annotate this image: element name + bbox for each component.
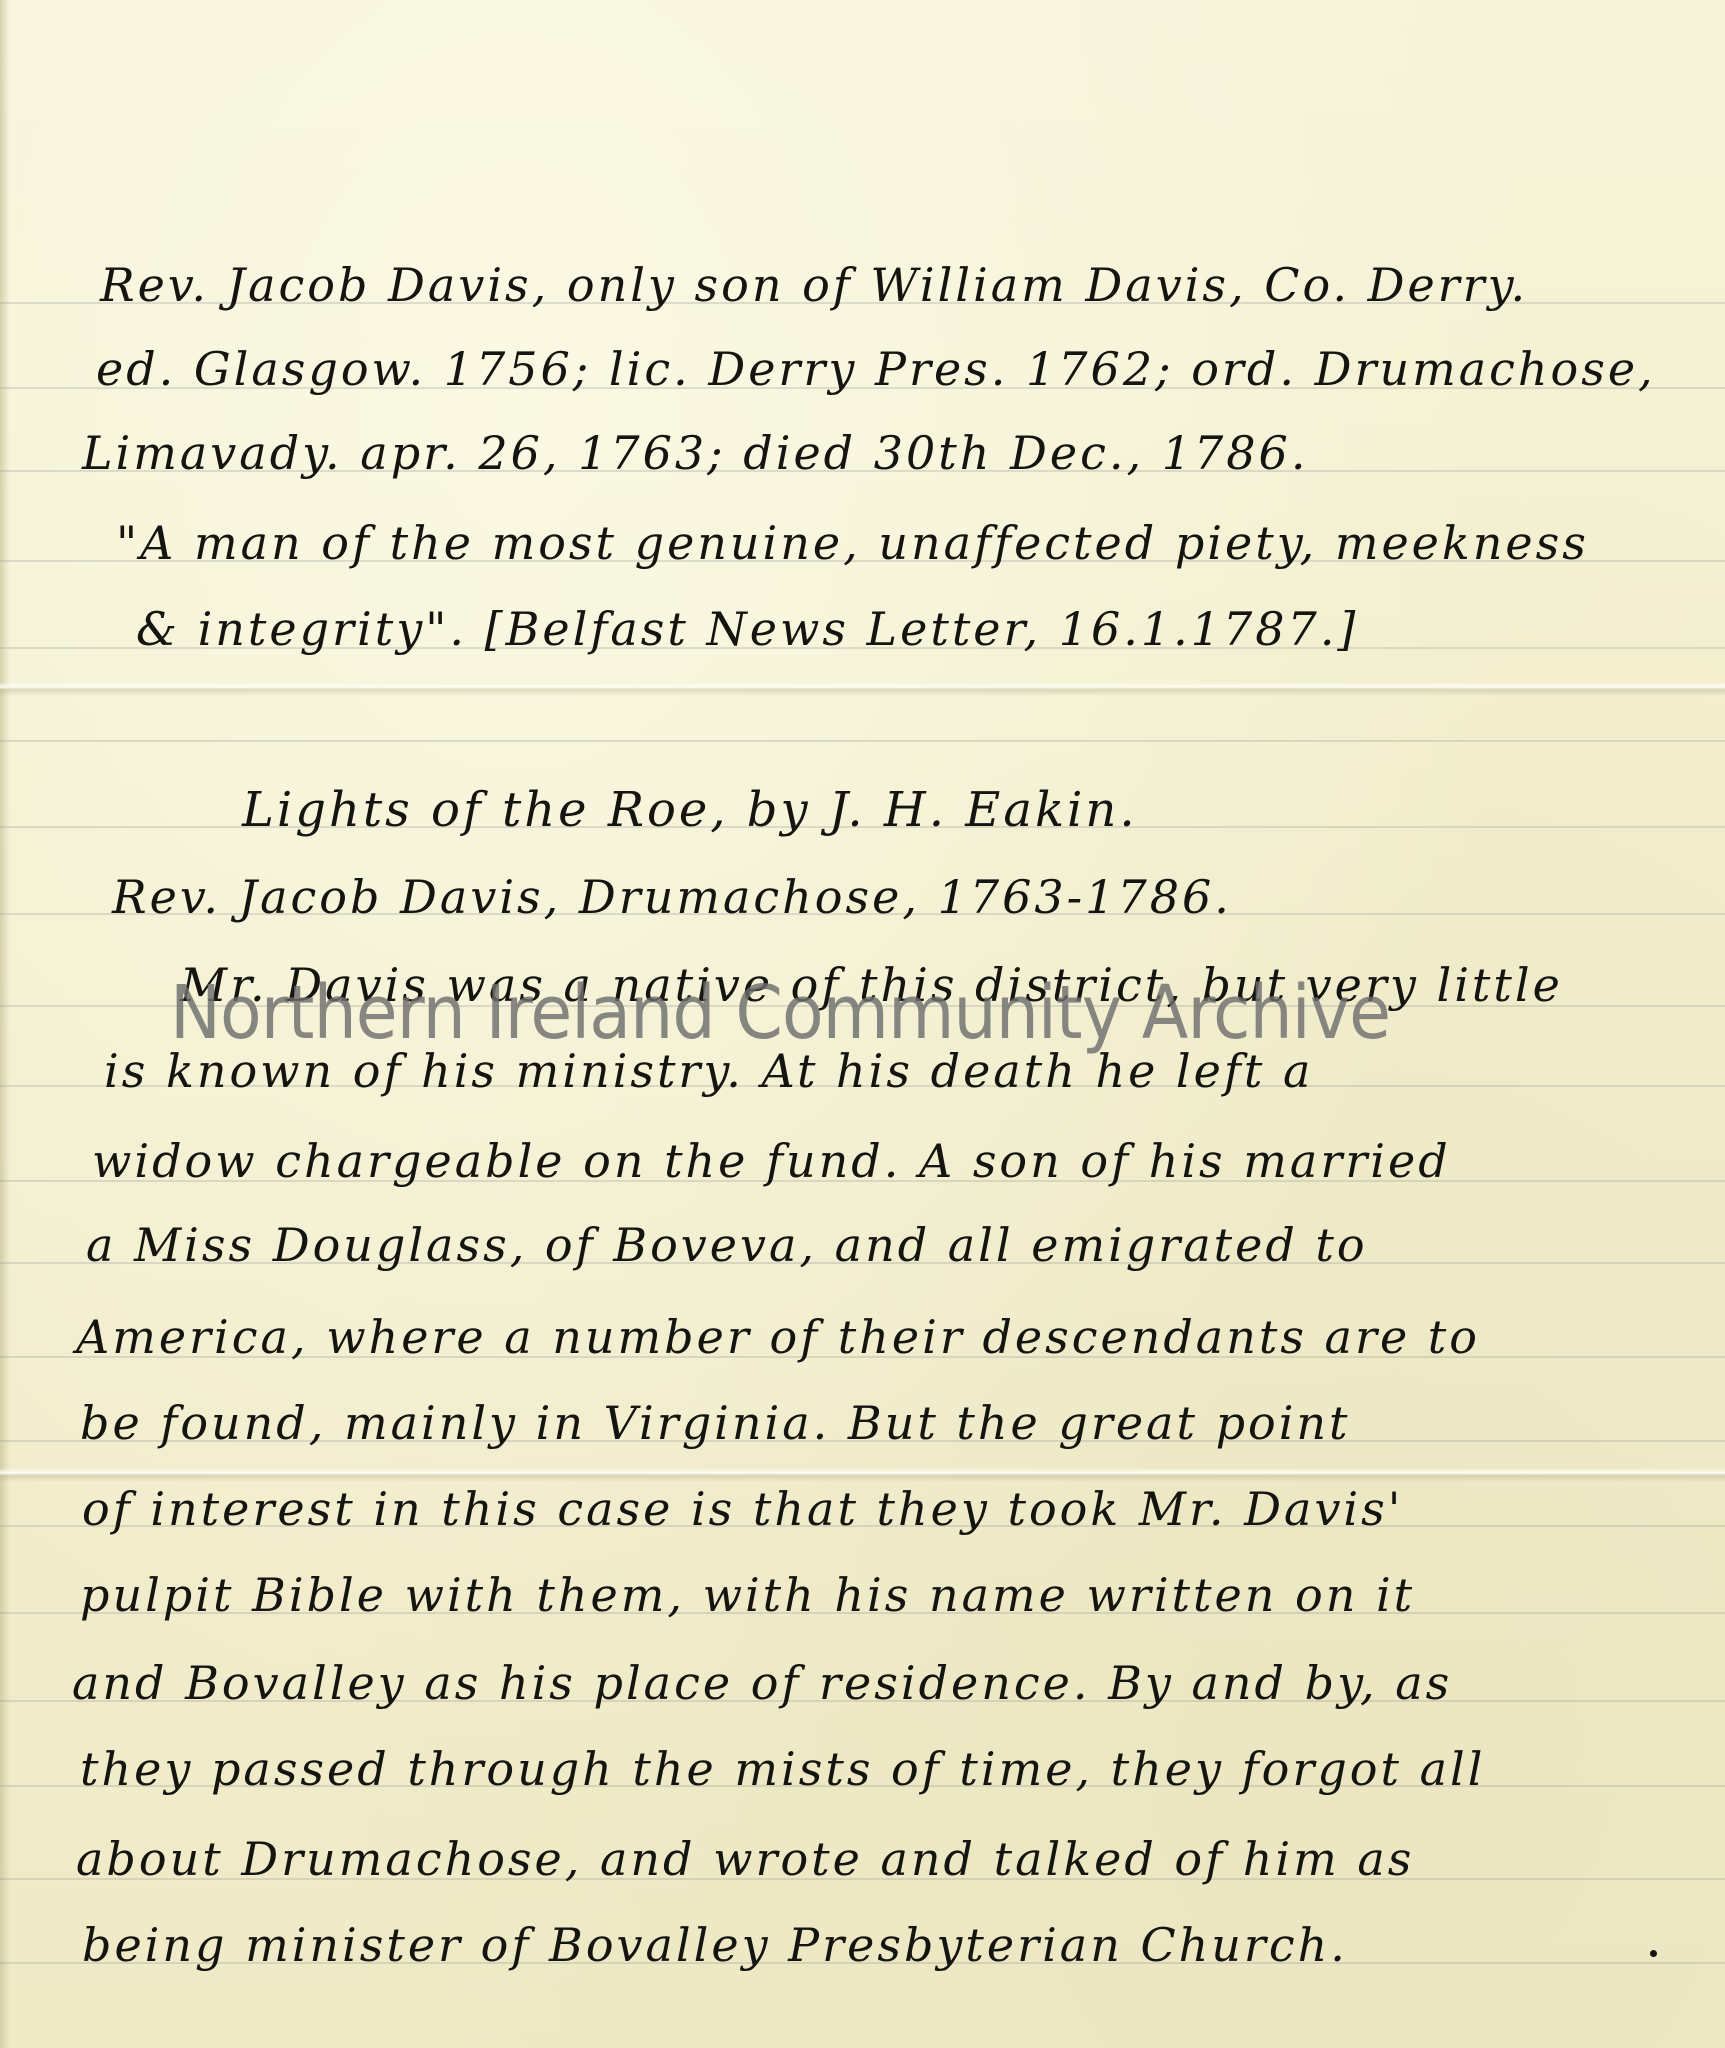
entry-line: Rev. Jacob Davis, only son of William Da… bbox=[100, 262, 1528, 308]
ink-dot bbox=[1650, 1950, 1657, 1957]
body-line: a Miss Douglass, of Boveva, and all emig… bbox=[86, 1222, 1368, 1268]
source-subtitle: Rev. Jacob Davis, Drumachose, 1763-1786. bbox=[112, 874, 1232, 920]
quote-line: "A man of the most genuine, unaffected p… bbox=[116, 520, 1589, 566]
body-line: be found, mainly in Virginia. But the gr… bbox=[80, 1400, 1351, 1446]
archive-watermark: Northern Ireland Community Archive bbox=[170, 970, 1390, 1056]
entry-line: ed. Glasgow. 1756; lic. Derry Pres. 1762… bbox=[96, 346, 1656, 392]
body-line: about Drumachose, and wrote and talked o… bbox=[76, 1836, 1414, 1882]
fold-crease bbox=[0, 682, 1725, 696]
body-line: being minister of Bovalley Presbyterian … bbox=[82, 1922, 1348, 1968]
source-title: Lights of the Roe, by J. H. Eakin. bbox=[242, 786, 1138, 834]
ruled-line bbox=[0, 740, 1725, 742]
body-line: America, where a number of their descend… bbox=[76, 1314, 1480, 1360]
body-line: of interest in this case is that they to… bbox=[82, 1486, 1403, 1532]
paper-edge bbox=[0, 0, 10, 2048]
fold-crease bbox=[0, 1468, 1725, 1482]
body-line: they passed through the mists of time, t… bbox=[80, 1746, 1485, 1792]
body-line: widow chargeable on the fund. A son of h… bbox=[92, 1138, 1451, 1184]
entry-line: Limavady. apr. 26, 1763; died 30th Dec.,… bbox=[82, 430, 1308, 476]
body-line: pulpit Bible with them, with his name wr… bbox=[80, 1572, 1415, 1618]
quote-citation-line: & integrity". [Belfast News Letter, 16.1… bbox=[136, 606, 1358, 652]
scanned-letter-page: Rev. Jacob Davis, only son of William Da… bbox=[0, 0, 1725, 2048]
body-line: and Bovalley as his place of residence. … bbox=[72, 1660, 1452, 1706]
